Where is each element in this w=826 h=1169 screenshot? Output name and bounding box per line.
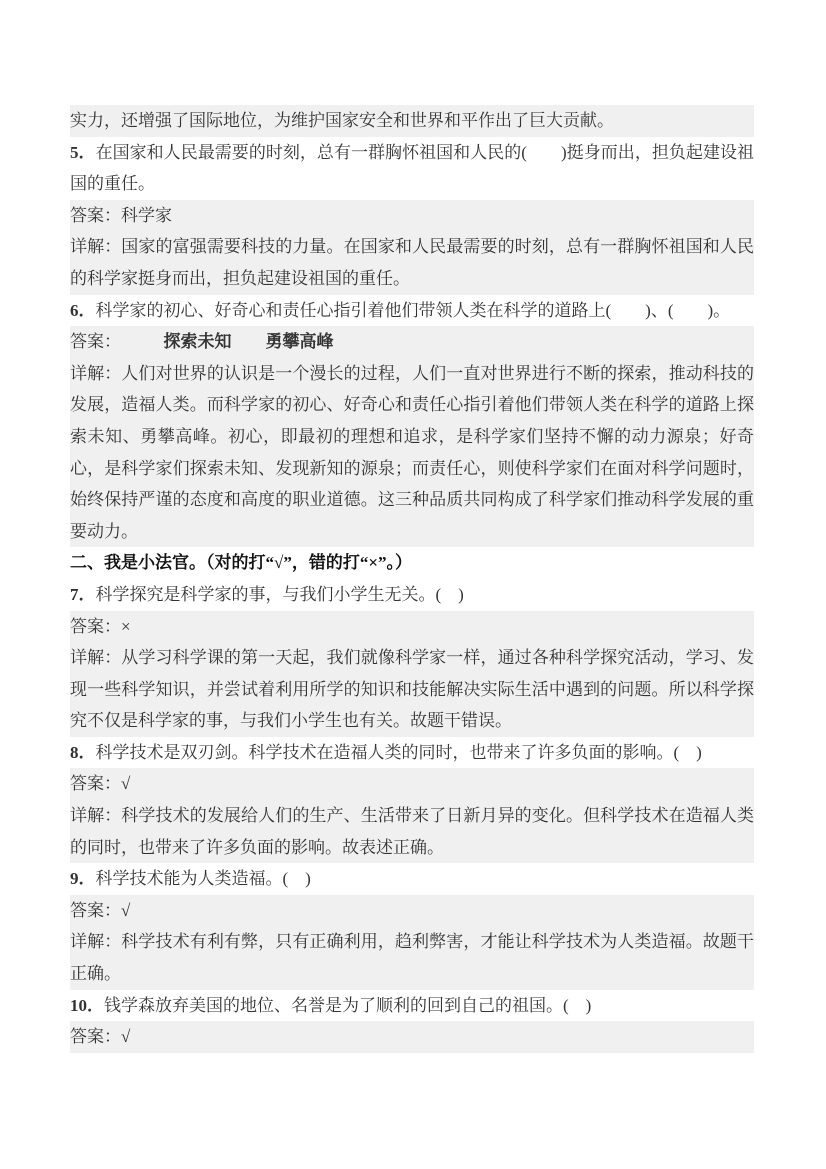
text-run: 详解：人们对世界的认识是一个漫长的过程，人们一直对世界进行不断的探索，推动科技的… — [70, 364, 754, 541]
text-run: 答案：× — [70, 617, 131, 636]
text-run: 5． — [70, 143, 96, 162]
answer-9: 答案：√ — [70, 895, 754, 927]
text-run: 实力，还增强了国际地位，为维护国家安全和世界和平作出了巨大贡献。 — [70, 111, 614, 130]
text-run: 科学探究是科学家的事，与我们小学生无关。( ) — [96, 585, 464, 604]
text-run: 详解：科学技术的发展给人们的生产、生活带来了日新月异的变化。但科学技术在造福人类… — [70, 806, 754, 857]
text-run: 答案： — [70, 332, 113, 351]
text-run: 二、我是小法官。（对的打“√”，错的打“×”。） — [70, 553, 412, 572]
text-run: 勇攀高峰 — [266, 332, 334, 351]
answer-5: 答案：科学家 — [70, 200, 754, 232]
answer-6: 答案： 探索未知 勇攀高峰 — [70, 326, 754, 358]
detail-5: 详解：国家的富强需要科技的力量。在国家和人民最需要的时刻，总有一群胸怀祖国和人民… — [70, 231, 754, 294]
prev-detail-continuation: 实力，还增强了国际地位，为维护国家安全和世界和平作出了巨大贡献。 — [70, 105, 754, 137]
text-run: 7． — [70, 585, 96, 604]
text-run: 科学家的初心、好奇心和责任心指引着他们带领人类在科学的道路上( )、( )。 — [96, 301, 731, 320]
text-run — [232, 332, 266, 351]
text-run: 答案：√ — [70, 1027, 130, 1046]
question-7: 7．科学探究是科学家的事，与我们小学生无关。( ) — [70, 579, 754, 611]
text-run: 6． — [70, 301, 96, 320]
text-run: 在国家和人民最需要的时刻，总有一群胸怀祖国和人民的( )挺身而出，担负起建设祖国… — [70, 143, 754, 194]
text-run — [113, 332, 164, 351]
question-9: 9．科学技术能为人类造福。( ) — [70, 863, 754, 895]
text-run: 详解：国家的富强需要科技的力量。在国家和人民最需要的时刻，总有一群胸怀祖国和人民… — [70, 237, 754, 288]
text-run: 详解：从学习科学课的第一天起，我们就像科学家一样，通过各种科学探究活动，学习、发… — [70, 648, 754, 730]
text-run: 8． — [70, 743, 96, 762]
detail-9: 详解：科学技术有利有弊，只有正确利用，趋利弊害，才能让科学技术为人类造福。故题干… — [70, 926, 754, 989]
question-5: 5．在国家和人民最需要的时刻，总有一群胸怀祖国和人民的( )挺身而出，担负起建设… — [70, 137, 754, 200]
text-run: 答案：√ — [70, 774, 130, 793]
text-run: 科学技术是双刃剑。科学技术在造福人类的同时，也带来了许多负面的影响。( ) — [96, 743, 702, 762]
question-10: 10．钱学森放弃美国的地位、名誉是为了顺利的回到自己的祖国。( ) — [70, 990, 754, 1022]
document-content: 实力，还增强了国际地位，为维护国家安全和世界和平作出了巨大贡献。5．在国家和人民… — [70, 105, 754, 1053]
detail-7: 详解：从学习科学课的第一天起，我们就像科学家一样，通过各种科学探究活动，学习、发… — [70, 642, 754, 737]
question-6: 6．科学家的初心、好奇心和责任心指引着他们带领人类在科学的道路上( )、( )。 — [70, 295, 754, 327]
answer-8: 答案：√ — [70, 768, 754, 800]
detail-6: 详解：人们对世界的认识是一个漫长的过程，人们一直对世界进行不断的探索，推动科技的… — [70, 358, 754, 548]
text-run: 科学技术能为人类造福。( ) — [96, 869, 311, 888]
text-run: 钱学森放弃美国的地位、名誉是为了顺利的回到自己的祖国。( ) — [104, 996, 591, 1015]
text-run: 详解：科学技术有利有弊，只有正确利用，趋利弊害，才能让科学技术为人类造福。故题干… — [70, 932, 754, 983]
detail-8: 详解：科学技术的发展给人们的生产、生活带来了日新月异的变化。但科学技术在造福人类… — [70, 800, 754, 863]
text-run: 10． — [70, 996, 104, 1015]
text-run: 答案：√ — [70, 901, 130, 920]
section-2-heading: 二、我是小法官。（对的打“√”，错的打“×”。） — [70, 547, 754, 579]
question-8: 8．科学技术是双刃剑。科学技术在造福人类的同时，也带来了许多负面的影响。( ) — [70, 737, 754, 769]
text-run: 答案：科学家 — [70, 206, 172, 225]
answer-7: 答案：× — [70, 611, 754, 643]
text-run: 9． — [70, 869, 96, 888]
document-page: 实力，还增强了国际地位，为维护国家安全和世界和平作出了巨大贡献。5．在国家和人民… — [0, 0, 826, 1169]
text-run: 探索未知 — [164, 332, 232, 351]
answer-10: 答案：√ — [70, 1021, 754, 1053]
